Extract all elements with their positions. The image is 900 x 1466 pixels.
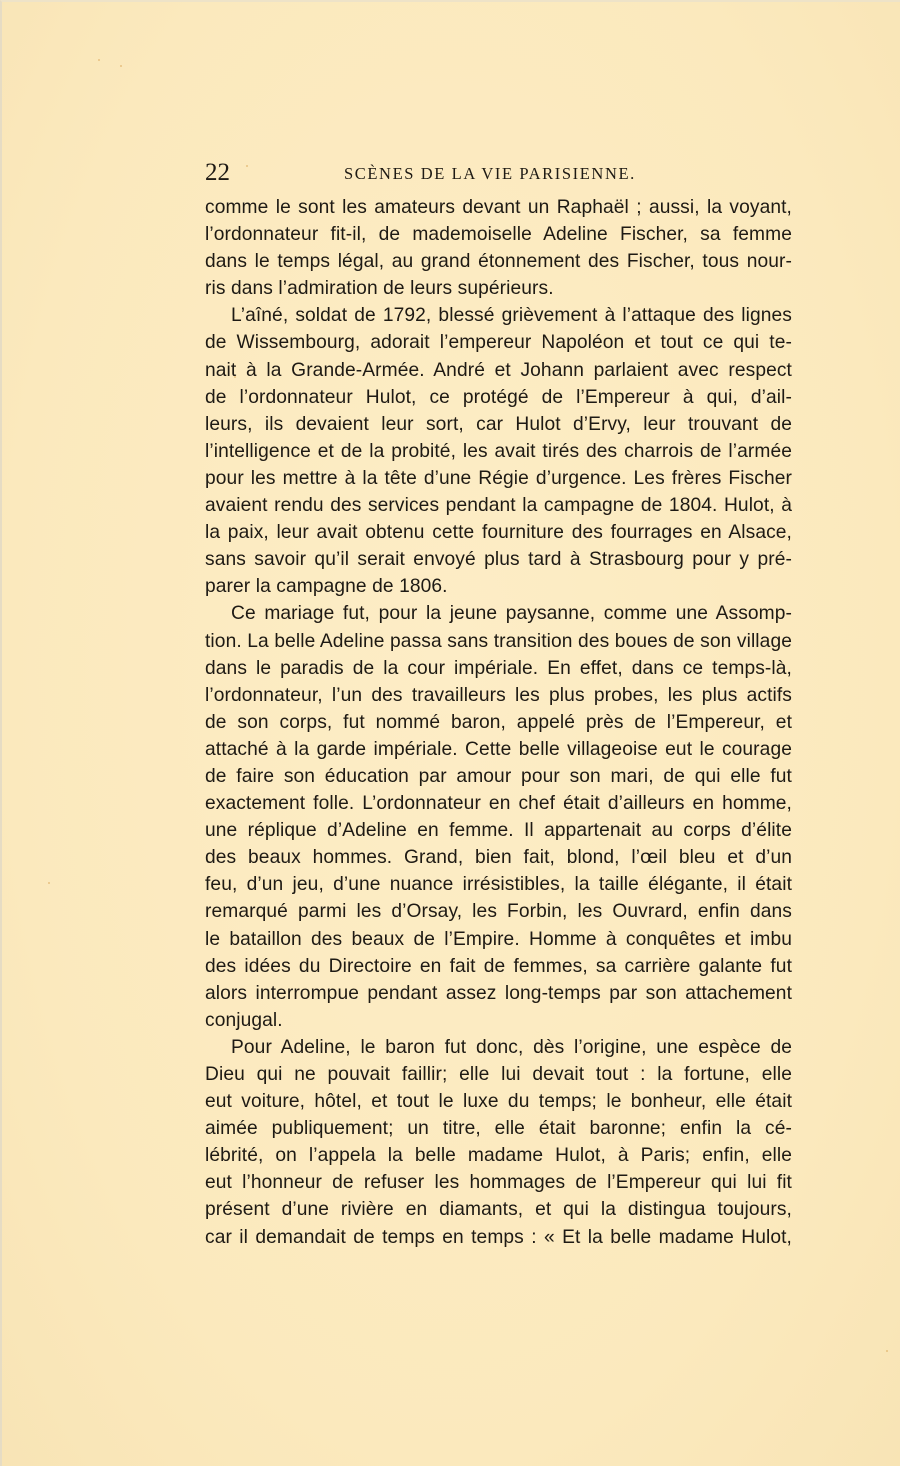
text-line: des beaux hommes. Grand, bien fait, blon… bbox=[205, 844, 792, 871]
text-line: de faire son éducation par amour pour so… bbox=[205, 763, 792, 790]
text-line: comme le sont les amateurs devant un Rap… bbox=[205, 194, 792, 221]
text-line-paragraph-start: Pour Adeline, le baron fut donc, dès l’o… bbox=[205, 1034, 792, 1061]
text-line: avaient rendu des services pendant la ca… bbox=[205, 492, 792, 519]
text-line: Dieu qui ne pouvait faillir; elle lui de… bbox=[205, 1061, 792, 1088]
paper-speck bbox=[234, 376, 236, 378]
text-line-paragraph-start: Ce mariage fut, pour la jeune paysanne, … bbox=[205, 600, 792, 627]
text-line: alors interrompue pendant assez long-tem… bbox=[205, 980, 792, 1007]
text-line: nait à la Grande-Armée. André et Johann … bbox=[205, 357, 792, 384]
text-line: dans le paradis de la cour impériale. En… bbox=[205, 655, 792, 682]
text-line: tion. La belle Adeline passa sans transi… bbox=[205, 628, 792, 655]
text-line: sans savoir qu’il serait envoyé plus tar… bbox=[205, 546, 792, 573]
text-line: car il demandait de temps en temps : « E… bbox=[205, 1224, 792, 1251]
running-head: 22 SCÈNES DE LA VIE PARISIENNE. bbox=[205, 159, 792, 187]
text-line: l’intelligence et de la probité, les ava… bbox=[205, 438, 792, 465]
text-line: eut l’honneur de refuser les hommages de… bbox=[205, 1169, 792, 1196]
page-number: 22 bbox=[205, 159, 230, 187]
text-line: l’ordonnateur, l’un des travailleurs les… bbox=[205, 682, 792, 709]
text-line: la paix, leur avait obtenu cette fournit… bbox=[205, 519, 792, 546]
text-line: le bataillon des beaux de l’Empire. Homm… bbox=[205, 926, 792, 953]
paper-speck bbox=[98, 59, 100, 61]
body-text: comme le sont les amateurs devant un Rap… bbox=[205, 194, 792, 1251]
text-line: l’ordonnateur fit-il, de mademoiselle Ad… bbox=[205, 221, 792, 248]
text-line: de son corps, fut nommé baron, appelé pr… bbox=[205, 709, 792, 736]
text-line: exactement folle. L’ordonnateur en chef … bbox=[205, 790, 792, 817]
running-title: SCÈNES DE LA VIE PARISIENNE. bbox=[344, 162, 636, 186]
text-line-paragraph-end: conjugal. bbox=[205, 1007, 792, 1034]
text-line: remarqué parmi les d’Orsay, les Forbin, … bbox=[205, 898, 792, 925]
text-line: de Wissembourg, adorait l’empereur Napol… bbox=[205, 329, 792, 356]
text-line-paragraph-end: ris dans l’admiration de leurs supérieur… bbox=[205, 275, 792, 302]
text-line: présent d’une rivière en diamants, et qu… bbox=[205, 1196, 792, 1223]
text-line-paragraph-start: L’aîné, soldat de 1792, blessé grièvemen… bbox=[205, 302, 792, 329]
text-line: pour les mettre à la tête d’une Régie d’… bbox=[205, 465, 792, 492]
text-line: aimée publiquement; un titre, elle était… bbox=[205, 1115, 792, 1142]
text-line: dans le temps légal, au grand étonnement… bbox=[205, 248, 792, 275]
text-line: leurs, ils devaient leur sort, car Hulot… bbox=[205, 411, 792, 438]
text-line: une réplique d’Adeline en femme. Il appa… bbox=[205, 817, 792, 844]
text-line: feu, d’un jeu, d’une nuance irrésistible… bbox=[205, 871, 792, 898]
text-line-paragraph-end: parer la campagne de 1806. bbox=[205, 573, 792, 600]
text-line: lébrité, on l’appela la belle madame Hul… bbox=[205, 1142, 792, 1169]
paper-speck bbox=[48, 882, 50, 884]
text-line: de l’ordonnateur Hulot, ce protégé de l’… bbox=[205, 384, 792, 411]
paper-speck bbox=[886, 1350, 888, 1352]
text-line: attaché à la garde impériale. Cette bell… bbox=[205, 736, 792, 763]
book-page: 22 SCÈNES DE LA VIE PARISIENNE. comme le… bbox=[0, 0, 900, 1466]
text-line: des idées du Directoire en fait de femme… bbox=[205, 953, 792, 980]
text-line: eut voiture, hôtel, et tout le luxe du t… bbox=[205, 1088, 792, 1115]
paper-speck bbox=[120, 65, 122, 67]
paper-speck bbox=[246, 165, 248, 167]
